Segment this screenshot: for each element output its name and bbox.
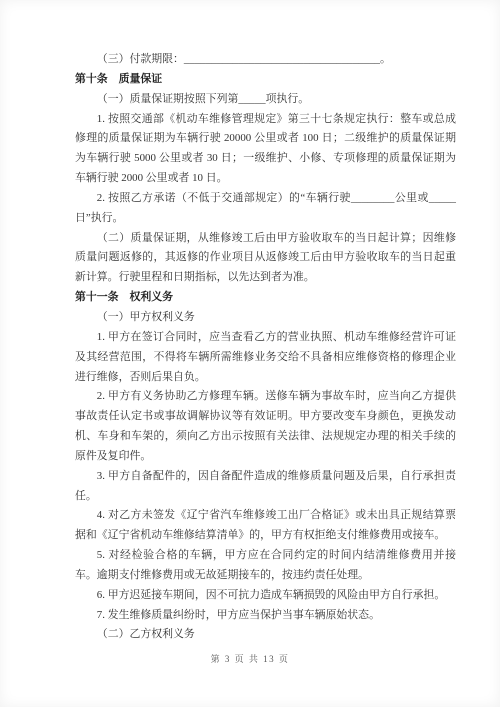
page-number-footer: 第 3 页 共 13 页 bbox=[0, 652, 500, 665]
paragraph: 5. 对经检验合格的车辆，甲方应在合同约定的时间内结清维修费用并接车。逾期支付维… bbox=[75, 546, 456, 586]
paragraph: （二）质量保证期，从维修竣工后由甲方验收取车的当日起计算；因维修质量问题返修的，… bbox=[75, 229, 456, 289]
paragraph: （二）乙方权利义务 bbox=[75, 625, 456, 645]
article-heading: 第十一条 权利义务 bbox=[75, 288, 456, 308]
paragraph: （一）甲方权利义务 bbox=[75, 308, 456, 328]
paragraph: 2. 按照乙方承诺（不低于交通部规定）的“车辆行驶________公里或____… bbox=[75, 189, 456, 229]
paragraph: 1. 按照交通部《机动车维修管理规定》第三十七条规定执行：整车或总成修理的质量保… bbox=[75, 110, 456, 189]
paragraph: 1. 甲方在签订合同时，应当查看乙方的营业执照、机动车维修经营许可证及其经营范围… bbox=[75, 328, 456, 388]
contract-page: （三）付款期限：________________________________… bbox=[0, 0, 500, 707]
document-body: （三）付款期限：________________________________… bbox=[75, 50, 456, 645]
paragraph: 2. 甲方有义务协助乙方修理车辆。送修车辆为事故车时，应当向乙方提供事故责任认定… bbox=[75, 387, 456, 466]
paragraph: 7. 发生维修质量纠纷时，甲方应当保护当事车辆原始状态。 bbox=[75, 606, 456, 626]
paragraph: 4. 对乙方未签发《辽宁省汽车维修竣工出厂合格证》或未出具正规结算票据和《辽宁省… bbox=[75, 506, 456, 546]
paragraph: 3. 甲方自备配件的，因自备配件造成的维修质量问题及后果，自行承担责任。 bbox=[75, 467, 456, 507]
paragraph: （三）付款期限：________________________________… bbox=[75, 50, 456, 70]
paragraph: 6. 甲方迟延接车期间，因不可抗力造成车辆损毁的风险由甲方自行承担。 bbox=[75, 586, 456, 606]
article-heading: 第十条 质量保证 bbox=[75, 70, 456, 90]
paragraph: （一）质量保证期按照下列第_____项执行。 bbox=[75, 90, 456, 110]
